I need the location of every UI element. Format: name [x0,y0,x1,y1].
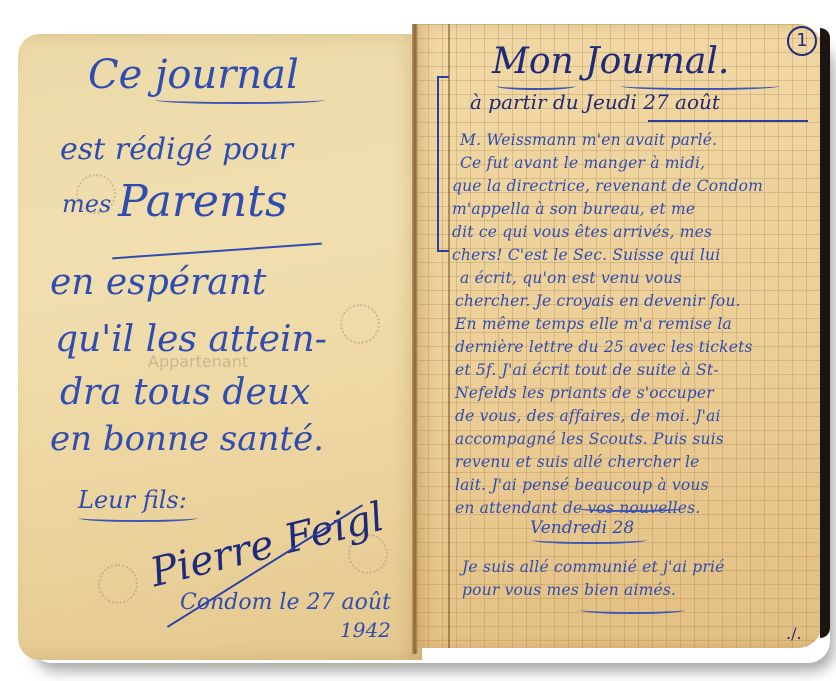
entry-line: Je suis allé communié et j'ai prié [462,560,725,576]
signoff-label: Leur fils: [78,488,187,512]
left-line: dra tous deux [60,375,310,411]
entry-line: a écrit, qu'on est venu vous [460,271,682,287]
back-cover-edge [820,28,830,638]
page-number-badge: 1 [787,26,817,56]
entry-line: m'appella à son bureau, et me [452,202,695,218]
entry-line: que la directrice, revenant de Condom [452,179,763,195]
journal-subtitle: à partir du Jeudi 27 août [470,92,720,112]
entry-line: M. Weissmann m'en avait parlé. [460,133,717,149]
entry-line: pour vous mes bien aimés. [462,583,676,599]
entry-line: Nefelds les priants de s'occuper [455,386,714,402]
entry-line: dernière lettre du 25 avec les tickets [455,340,753,356]
entry-line: de vous, des affaires, de moi. J'ai [455,409,721,425]
place-date: Condom le 27 août [180,592,391,614]
decorative-rosette [98,564,138,604]
entry-line: accompagné les Scouts. Puis suis [455,432,724,448]
entry-line: Ce fut avant le manger à midi, [460,156,705,172]
entry-line: et 5f. J'ai écrit tout de suite à St- [455,363,719,379]
left-line: qu'il les attein- [55,322,327,358]
journal-title: Mon Journal. [492,44,729,80]
entry-line: dit ce qui vous êtes arrivés, mes [452,225,712,241]
entry-separator [575,504,685,512]
gutter [412,24,418,654]
decorative-rosette [340,304,380,344]
left-line: mes [62,192,111,216]
margin-bracket [437,76,449,252]
left-line: en espérant [50,265,266,301]
left-line: est rédigé pour [60,135,293,165]
left-line: en bonne santé. [50,422,324,456]
entry2-heading: Vendredi 28 [530,520,634,537]
entry-line: chercher. Je croyais en devenir fou. [455,294,741,310]
title-underline [496,82,576,90]
heading-underline [155,96,325,104]
entry-line: lait. J'ai pensé beaucoup à vous [455,478,709,494]
entry-line: revenu et suis allé chercher le [455,455,700,471]
year: 1942 [340,620,391,640]
entry-line: En même temps elle m'a remise la [455,317,732,333]
right-page [414,24,822,648]
entry-end-separator [580,606,685,614]
left-heading: Ce journal [88,55,299,95]
entry2-heading-underline [532,536,647,544]
corner-mark: ./. [786,626,802,642]
signoff-underline [78,514,198,522]
title-underline [620,82,780,90]
parents-word: Parents [118,180,288,224]
entry-line: chers! C'est le Sec. Suisse qui lui [452,248,720,264]
subtitle-underline [648,120,808,122]
